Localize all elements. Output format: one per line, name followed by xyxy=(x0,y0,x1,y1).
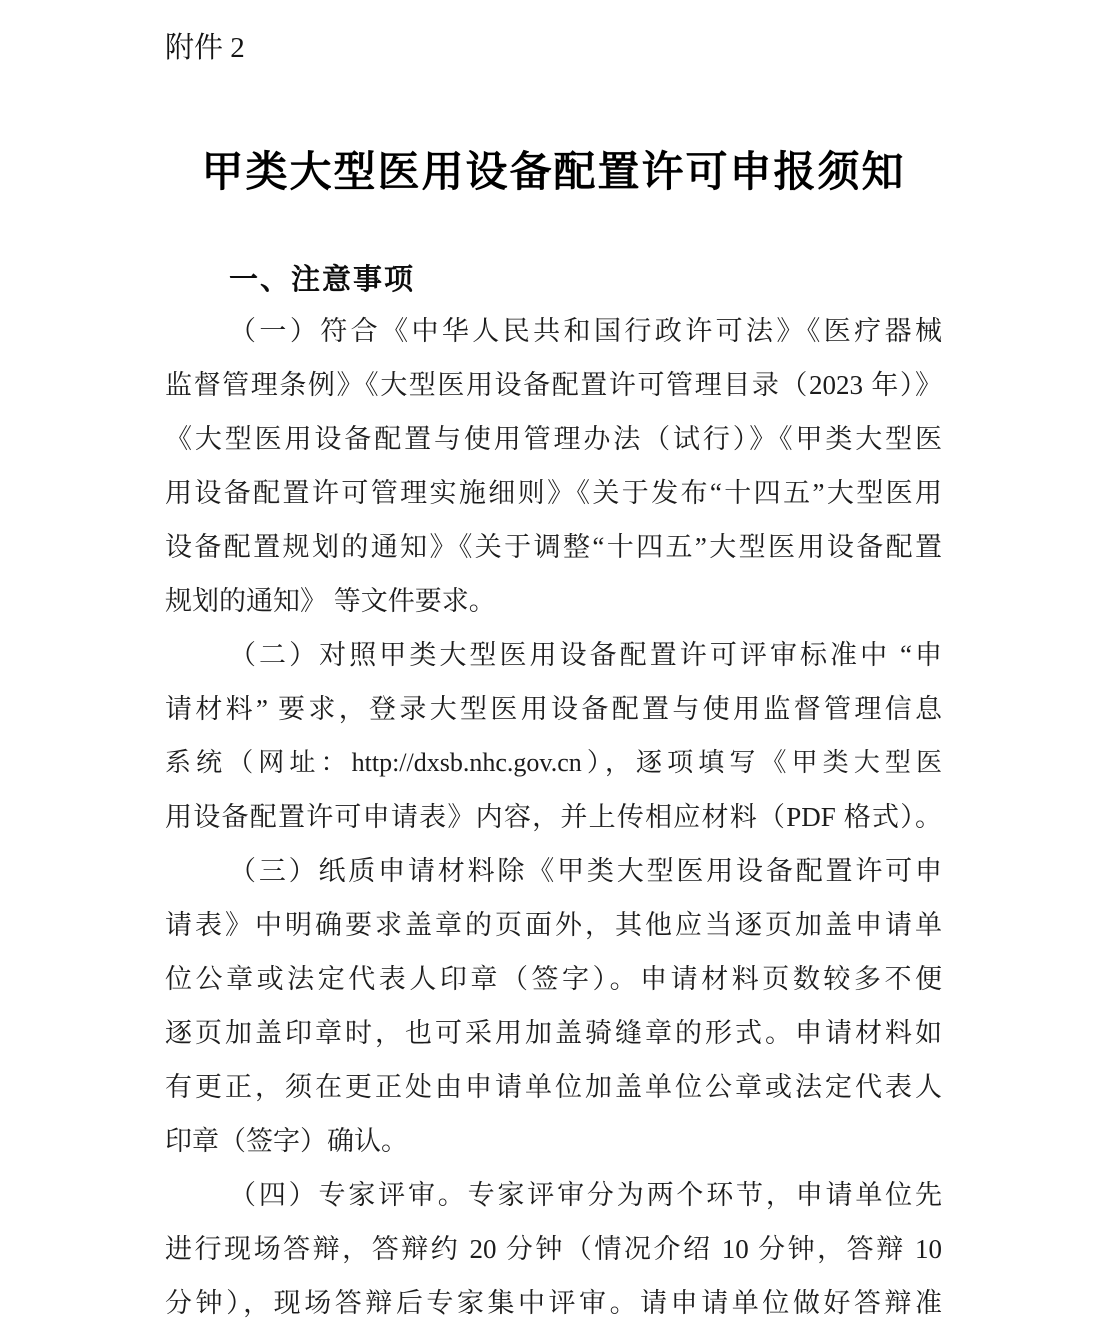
attachment-label: 附件 2 xyxy=(165,30,942,66)
text-line: 用设备配置许可管理实施细则》《关于发布“十四五”大型医用 xyxy=(165,466,942,520)
paragraph-4: （四）专家评审。专家评审分为两个环节，申请单位先 进行现场答辩，答辩约 20 分… xyxy=(165,1168,942,1330)
document-title: 甲类大型医用设备配置许可申报须知 xyxy=(165,142,942,204)
text-line: 有更正，须在更正处由申请单位加盖单位公章或法定代表人 xyxy=(165,1060,942,1114)
text-line: 分钟），现场答辩后专家集中评审。请申请单位做好答辩准 xyxy=(165,1276,942,1330)
document-body: （一）符合《中华人民共和国行政许可法》《医疗器械 监督管理条例》《大型医用设备配… xyxy=(165,304,942,1330)
text-line: （一）符合《中华人民共和国行政许可法》《医疗器械 xyxy=(165,304,942,358)
text-line: 《大型医用设备配置与使用管理办法（试行）》《甲类大型医 xyxy=(165,412,942,466)
text-line: 请表》中明确要求盖章的页面外，其他应当逐页加盖申请单 xyxy=(165,898,942,952)
text-line: 监督管理条例》《大型医用设备配置许可管理目录（2023 年）》 xyxy=(165,358,942,412)
text-line-with-url: 系统（网址：http://dxsb.nhc.gov.cn），逐项填写《甲类大型医 xyxy=(165,736,942,790)
text-line: 进行现场答辩，答辩约 20 分钟（情况介绍 10 分钟，答辩 10 xyxy=(165,1222,942,1276)
text-line: 印章（签字）确认。 xyxy=(165,1114,942,1168)
text-line: 逐页加盖印章时，也可采用加盖骑缝章的形式。申请材料如 xyxy=(165,1006,942,1060)
paragraph-2: （二）对照甲类大型医用设备配置许可评审标准中 “申 请材料” 要求，登录大型医用… xyxy=(165,628,942,844)
text-line: 规划的通知》 等文件要求。 xyxy=(165,574,942,628)
text-line: 用设备配置许可申请表》内容，并上传相应材料（PDF 格式）。 xyxy=(165,790,942,844)
text-line: 设备配置规划的通知》《关于调整“十四五”大型医用设备配置 xyxy=(165,520,942,574)
text-line: （三）纸质申请材料除《甲类大型医用设备配置许可申 xyxy=(165,844,942,898)
document-page: 附件 2 甲类大型医用设备配置许可申报须知 一、注意事项 （一）符合《中华人民共… xyxy=(0,0,1102,1331)
paragraph-1: （一）符合《中华人民共和国行政许可法》《医疗器械 监督管理条例》《大型医用设备配… xyxy=(165,304,942,628)
text-line: （二）对照甲类大型医用设备配置许可评审标准中 “申 xyxy=(165,628,942,682)
text-line: （四）专家评审。专家评审分为两个环节，申请单位先 xyxy=(165,1168,942,1222)
paragraph-3: （三）纸质申请材料除《甲类大型医用设备配置许可申 请表》中明确要求盖章的页面外，… xyxy=(165,844,942,1168)
section-heading: 一、注意事项 xyxy=(165,258,942,302)
text-line: 请材料” 要求，登录大型医用设备配置与使用监督管理信息 xyxy=(165,682,942,736)
text-line: 位公章或法定代表人印章（签字）。申请材料页数较多不便 xyxy=(165,952,942,1006)
